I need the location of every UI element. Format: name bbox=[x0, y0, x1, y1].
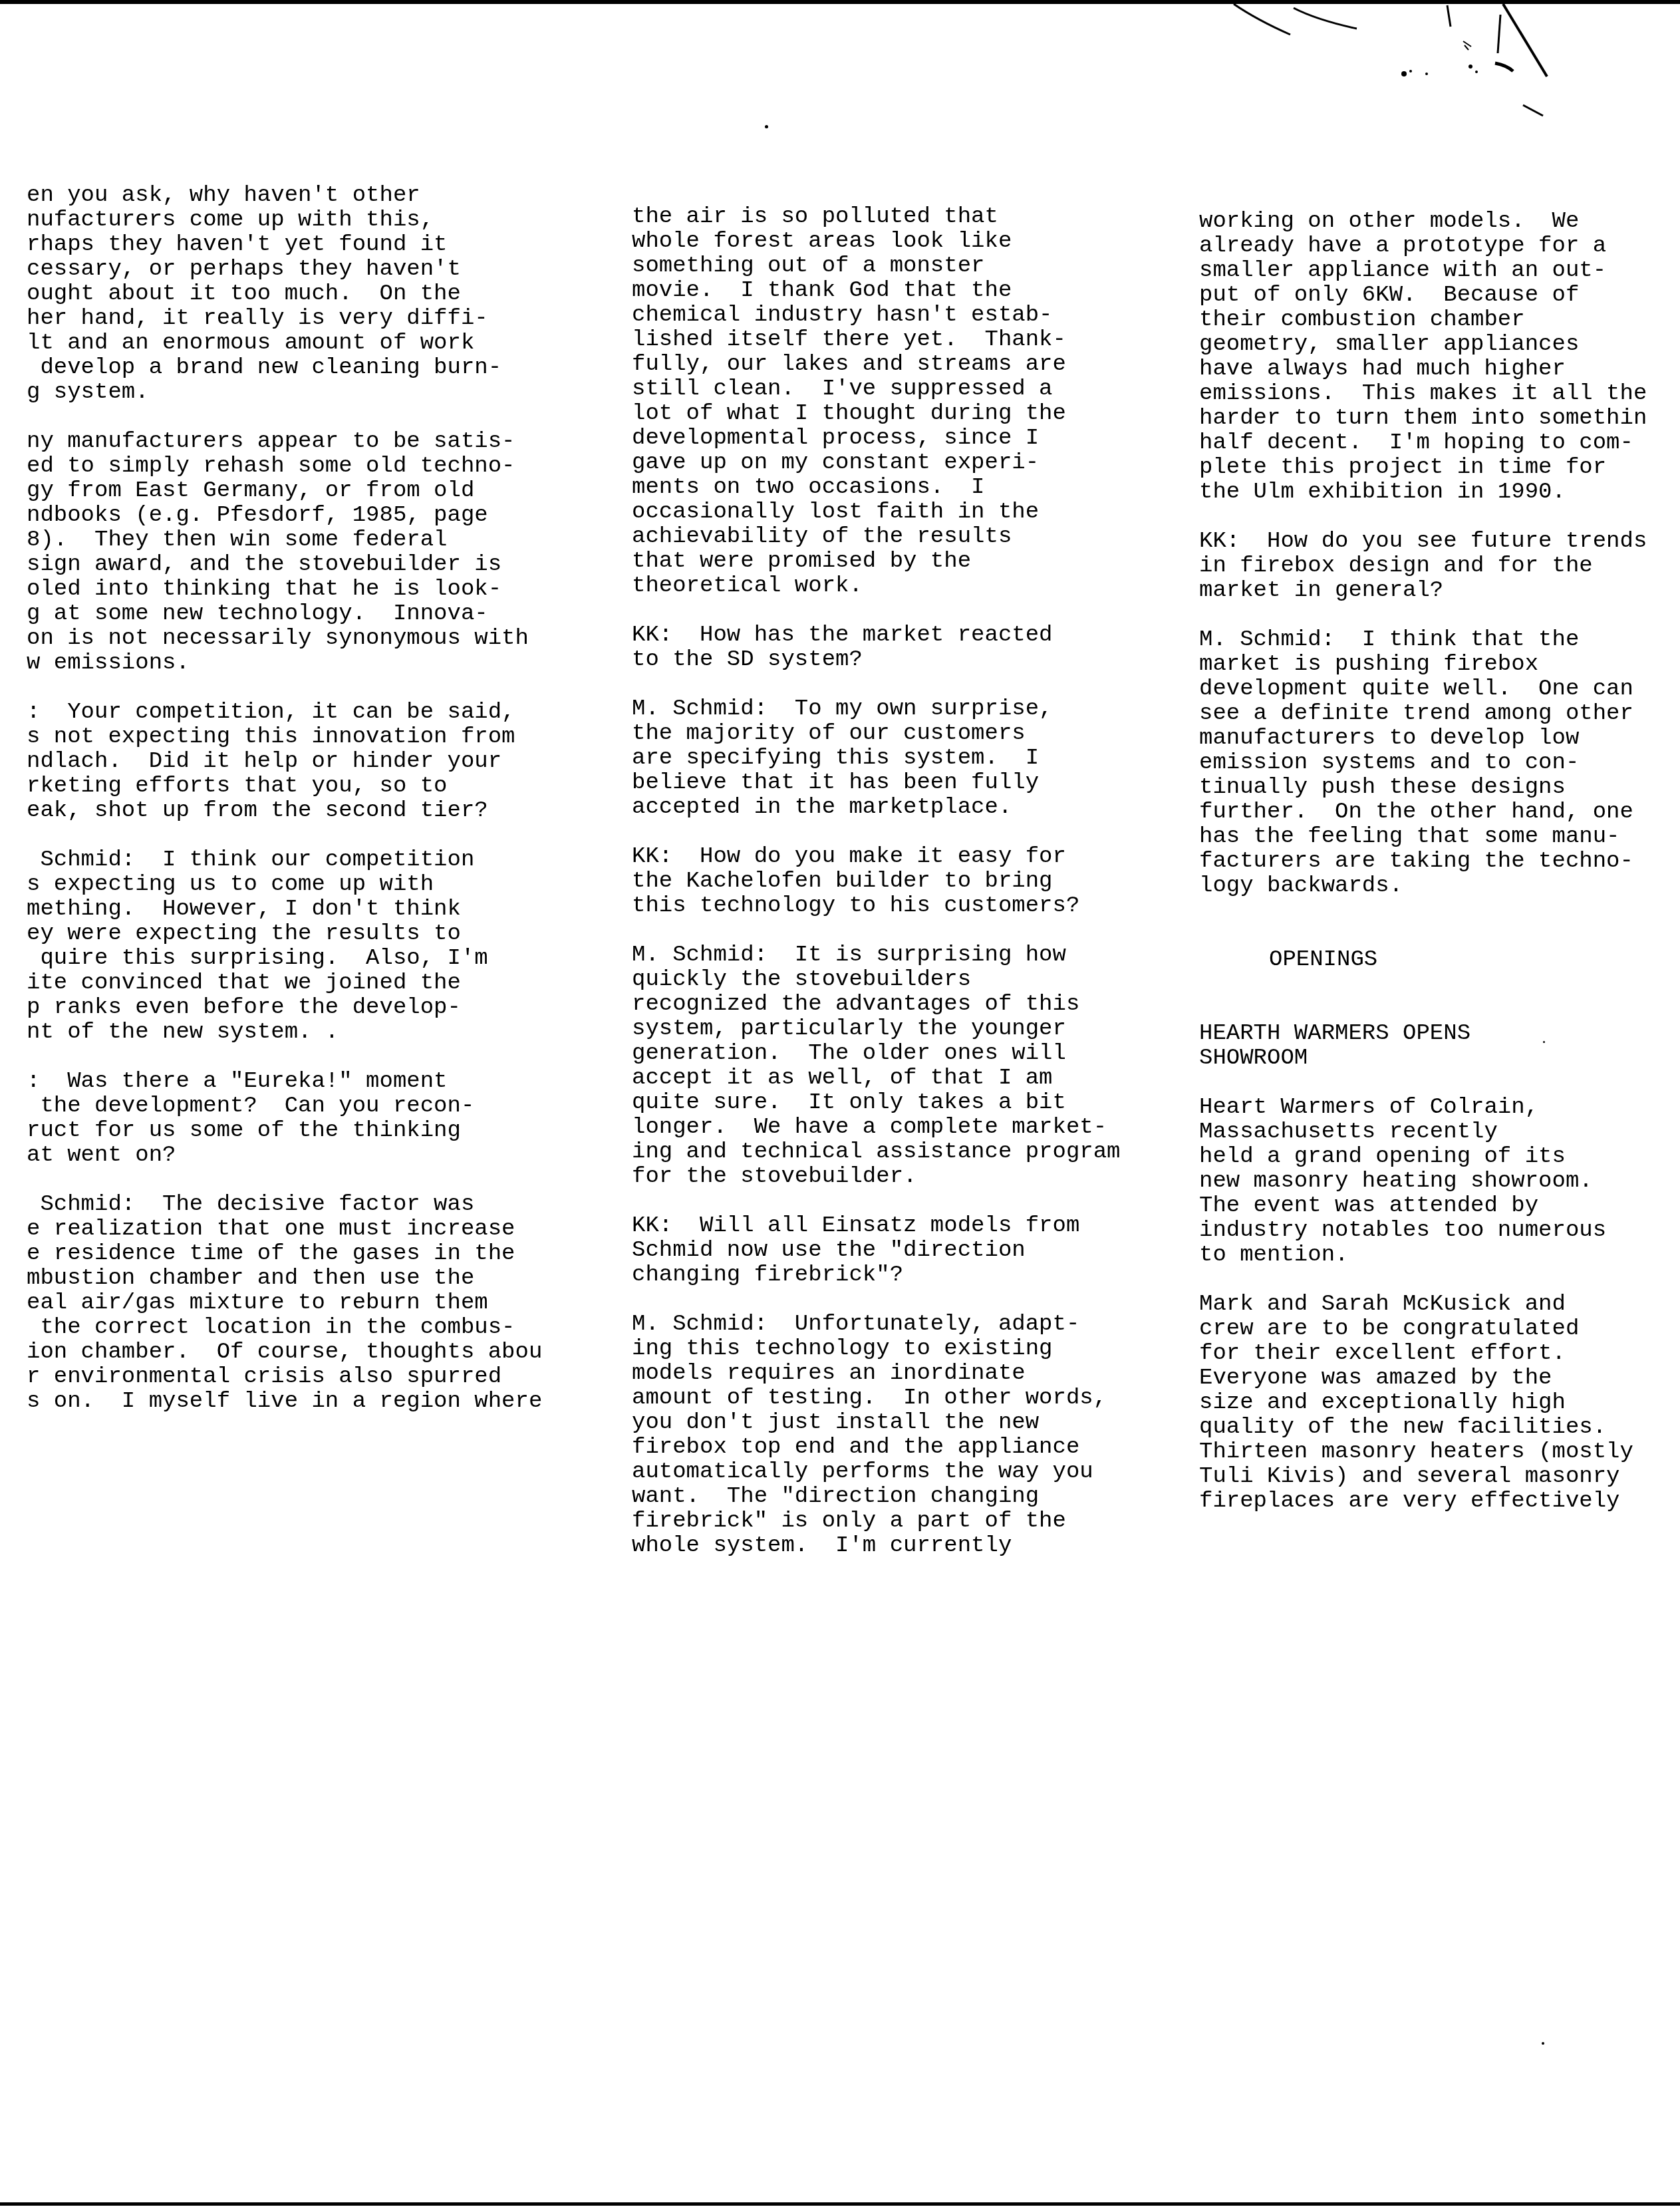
text-line: for their excellent effort. bbox=[1199, 1342, 1680, 1366]
text-line: already have a prototype for a bbox=[1199, 234, 1680, 259]
text-line: ruct for us some of the thinking bbox=[27, 1119, 612, 1143]
text-line: : Your competition, it can be said, bbox=[27, 700, 612, 725]
text-line: to the SD system? bbox=[632, 648, 1177, 672]
text-line: market in general? bbox=[1199, 579, 1680, 603]
text-line: : Was there a "Eureka!" moment bbox=[27, 1070, 612, 1094]
text-line: cessary, or perhaps they haven't bbox=[27, 257, 612, 282]
text-line: the Kachelofen builder to bring bbox=[632, 869, 1177, 894]
text-line: harder to turn them into somethin bbox=[1199, 406, 1680, 431]
text-line: ite convinced that we joined the bbox=[27, 971, 612, 996]
text-line: ought about it too much. On the bbox=[27, 282, 612, 307]
text-line: want. The "direction changing bbox=[632, 1485, 1177, 1509]
text-line: oled into thinking that he is look- bbox=[27, 577, 612, 602]
headline-line: HEARTH WARMERS OPENS bbox=[1199, 1022, 1680, 1046]
answer-paragraph: M. Schmid: I think that themarket is pus… bbox=[1199, 628, 1680, 899]
text-line: firebox top end and the appliance bbox=[632, 1435, 1177, 1460]
text-line: manufacturers to develop low bbox=[1199, 726, 1680, 751]
text-line: Schmid: The decisive factor was bbox=[27, 1193, 612, 1217]
text-line: quire this surprising. Also, I'm bbox=[27, 947, 612, 971]
text-line: g at some new technology. Innova- bbox=[27, 602, 612, 627]
text-line: gy from East Germany, or from old bbox=[27, 479, 612, 504]
scan-artifact-marks bbox=[1197, 0, 1680, 133]
text-line: this technology to his customers? bbox=[632, 894, 1177, 919]
text-line: Schmid now use the "direction bbox=[632, 1239, 1177, 1263]
text-line: plete this project in time for bbox=[1199, 456, 1680, 480]
text-line: crew are to be congratulated bbox=[1199, 1317, 1680, 1342]
answer-paragraph: working on other models. Wealready have … bbox=[1199, 210, 1680, 505]
text-line: ndbooks (e.g. Pfesdorf, 1985, page bbox=[27, 504, 612, 528]
text-line: her hand, it really is very diffi- bbox=[27, 307, 612, 331]
text-line: 8). They then win some federal bbox=[27, 528, 612, 553]
question-paragraph: KK: Will all Einsatz models fromSchmid n… bbox=[632, 1214, 1177, 1288]
answer-paragraph: Schmid: I think our competitions expecti… bbox=[27, 848, 612, 1045]
text-line: ments on two occasions. I bbox=[632, 476, 1177, 500]
column-left: en you ask, why haven't othernufacturers… bbox=[27, 184, 612, 1439]
text-line: firebrick" is only a part of the bbox=[632, 1509, 1177, 1534]
text-line: chemical industry hasn't estab- bbox=[632, 303, 1177, 328]
text-line: whole forest areas look like bbox=[632, 229, 1177, 254]
text-line: has the feeling that some manu- bbox=[1199, 825, 1680, 849]
text-line: Heart Warmers of Colrain, bbox=[1199, 1096, 1680, 1120]
answer-paragraph: en you ask, why haven't othernufacturers… bbox=[27, 184, 612, 405]
text-line: that were promised by the bbox=[632, 549, 1177, 574]
text-line: p ranks even before the develop- bbox=[27, 996, 612, 1020]
text-line: whole system. I'm currently bbox=[632, 1534, 1177, 1558]
text-line: nufacturers come up with this, bbox=[27, 208, 612, 233]
text-line: accept it as well, of that I am bbox=[632, 1066, 1177, 1091]
text-line: ed to simply rehash some old techno- bbox=[27, 454, 612, 479]
text-line: something out of a monster bbox=[632, 254, 1177, 279]
text-line: quite sure. It only takes a bit bbox=[632, 1091, 1177, 1115]
text-line: The event was attended by bbox=[1199, 1194, 1680, 1219]
text-line: rhaps they haven't yet found it bbox=[27, 233, 612, 257]
text-line: ing this technology to existing bbox=[632, 1337, 1177, 1362]
text-line: their combustion chamber bbox=[1199, 308, 1680, 333]
text-line: rketing efforts that you, so to bbox=[27, 774, 612, 799]
text-line: logy backwards. bbox=[1199, 874, 1680, 899]
text-line: the development? Can you recon- bbox=[27, 1094, 612, 1119]
text-line: fully, our lakes and streams are bbox=[632, 353, 1177, 377]
question-paragraph: KK: How do you make it easy forthe Kache… bbox=[632, 845, 1177, 919]
text-line: amount of testing. In other words, bbox=[632, 1386, 1177, 1411]
text-line: ing and technical assistance program bbox=[632, 1140, 1177, 1165]
text-line: working on other models. We bbox=[1199, 210, 1680, 234]
text-line: Schmid: I think our competition bbox=[27, 848, 612, 873]
answer-paragraph: M. Schmid: It is surprising howquickly t… bbox=[632, 943, 1177, 1189]
text-line: g system. bbox=[27, 380, 612, 405]
text-line: the majority of our customers bbox=[632, 722, 1177, 746]
answer-paragraph: M. Schmid: To my own surprise,the majori… bbox=[632, 697, 1177, 820]
text-line: smaller appliance with an out- bbox=[1199, 259, 1680, 283]
text-line: new masonry heating showroom. bbox=[1199, 1169, 1680, 1194]
text-line: ny manufacturers appear to be satis- bbox=[27, 430, 612, 454]
text-line: generation. The older ones will bbox=[632, 1042, 1177, 1066]
text-line: ndlach. Did it help or hinder your bbox=[27, 750, 612, 774]
answer-paragraph: ny manufacturers appear to be satis-ed t… bbox=[27, 430, 612, 676]
text-line: ion chamber. Of course, thoughts abou bbox=[27, 1340, 612, 1365]
text-line: en you ask, why haven't other bbox=[27, 184, 612, 208]
text-line: occasionally lost faith in the bbox=[632, 500, 1177, 525]
page-bottom-edge-rule bbox=[0, 2202, 1680, 2206]
column-right: working on other models. Wealready have … bbox=[1199, 210, 1680, 1539]
text-line: the correct location in the combus- bbox=[27, 1316, 612, 1340]
text-line: mething. However, I don't think bbox=[27, 897, 612, 922]
text-line: changing firebrick"? bbox=[632, 1263, 1177, 1288]
text-line: Everyone was amazed by the bbox=[1199, 1366, 1680, 1391]
text-line: w emissions. bbox=[27, 651, 612, 676]
text-line: lot of what I thought during the bbox=[632, 402, 1177, 426]
text-line: market is pushing firebox bbox=[1199, 653, 1680, 677]
text-line: models requires an inordinate bbox=[632, 1362, 1177, 1386]
text-line: achievability of the results bbox=[632, 525, 1177, 549]
text-line: recognized the advantages of this bbox=[632, 992, 1177, 1017]
text-line: KK: Will all Einsatz models from bbox=[632, 1214, 1177, 1239]
section-heading-text: OPENINGS bbox=[1269, 948, 1680, 972]
text-line: M. Schmid: I think that the bbox=[1199, 628, 1680, 653]
text-line: the Ulm exhibition in 1990. bbox=[1199, 480, 1680, 505]
headline-line: SHOWROOM bbox=[1199, 1046, 1680, 1071]
question-paragraph: : Your competition, it can be said,s not… bbox=[27, 700, 612, 823]
text-line: on is not necessarily synonymous with bbox=[27, 627, 612, 651]
text-line: s not expecting this innovation from bbox=[27, 725, 612, 750]
text-line: geometry, smaller appliances bbox=[1199, 333, 1680, 357]
text-line: eak, shot up from the second tier? bbox=[27, 799, 612, 823]
text-line: Massachusetts recently bbox=[1199, 1120, 1680, 1145]
text-line: nt of the new system. . bbox=[27, 1020, 612, 1045]
text-line: development quite well. One can bbox=[1199, 677, 1680, 702]
text-line: industry notables too numerous bbox=[1199, 1219, 1680, 1243]
text-line: have always had much higher bbox=[1199, 357, 1680, 382]
question-paragraph: : Was there a "Eureka!" moment the devel… bbox=[27, 1070, 612, 1168]
text-line: develop a brand new cleaning burn- bbox=[27, 356, 612, 380]
text-line: KK: How has the market reacted bbox=[632, 623, 1177, 648]
text-line: Thirteen masonry heaters (mostly bbox=[1199, 1440, 1680, 1465]
text-line: M. Schmid: It is surprising how bbox=[632, 943, 1177, 968]
text-line: s on. I myself live in a region where bbox=[27, 1390, 612, 1414]
answer-paragraph: Schmid: The decisive factor wase realiza… bbox=[27, 1193, 612, 1414]
article-headline: HEARTH WARMERS OPENS SHOWROOM bbox=[1199, 1022, 1680, 1071]
text-line: KK: How do you see future trends bbox=[1199, 529, 1680, 554]
text-line: are specifying this system. I bbox=[632, 746, 1177, 771]
text-line: tinually push these designs bbox=[1199, 776, 1680, 800]
text-line: emissions. This makes it all the bbox=[1199, 382, 1680, 406]
text-line: at went on? bbox=[27, 1143, 612, 1168]
text-line: you don't just install the new bbox=[632, 1411, 1177, 1435]
question-paragraph: KK: How has the market reactedto the SD … bbox=[632, 623, 1177, 672]
text-line: further. On the other hand, one bbox=[1199, 800, 1680, 825]
answer-paragraph: M. Schmid: Unfortunately, adapt-ing this… bbox=[632, 1312, 1177, 1558]
text-line: longer. We have a complete market- bbox=[632, 1115, 1177, 1140]
text-line: automatically performs the way you bbox=[632, 1460, 1177, 1485]
scan-speck bbox=[1542, 2042, 1544, 2045]
scan-speck bbox=[765, 125, 768, 128]
text-line: Mark and Sarah McKusick and bbox=[1199, 1292, 1680, 1317]
text-line: facturers are taking the techno- bbox=[1199, 849, 1680, 874]
text-line: r environmental crisis also spurred bbox=[27, 1365, 612, 1390]
text-line: believe that it has been fully bbox=[632, 771, 1177, 796]
text-line: M. Schmid: To my own surprise, bbox=[632, 697, 1177, 722]
text-line: system, particularly the younger bbox=[632, 1017, 1177, 1042]
text-line: fireplaces are very effectively bbox=[1199, 1489, 1680, 1514]
section-heading-openings: OPENINGS bbox=[1199, 948, 1680, 972]
text-line: Tuli Kivis) and several masonry bbox=[1199, 1465, 1680, 1489]
text-line: size and exceptionally high bbox=[1199, 1391, 1680, 1415]
text-line: held a grand opening of its bbox=[1199, 1145, 1680, 1169]
text-line: accepted in the marketplace. bbox=[632, 796, 1177, 820]
text-line: eal air/gas mixture to reburn them bbox=[27, 1291, 612, 1316]
text-line: put of only 6KW. Because of bbox=[1199, 283, 1680, 308]
text-line: emission systems and to con- bbox=[1199, 751, 1680, 776]
text-line: in firebox design and for the bbox=[1199, 554, 1680, 579]
text-line: movie. I thank God that the bbox=[632, 279, 1177, 303]
text-line: the air is so polluted that bbox=[632, 205, 1177, 229]
article-paragraph: Mark and Sarah McKusick andcrew are to b… bbox=[1199, 1292, 1680, 1514]
text-line: e realization that one must increase bbox=[27, 1217, 612, 1242]
text-line: still clean. I've suppressed a bbox=[632, 377, 1177, 402]
text-line: see a definite trend among other bbox=[1199, 702, 1680, 726]
text-line: gave up on my constant experi- bbox=[632, 451, 1177, 476]
question-paragraph: KK: How do you see future trendsin fireb… bbox=[1199, 529, 1680, 603]
text-line: s expecting us to come up with bbox=[27, 873, 612, 897]
text-line: quickly the stovebuilders bbox=[632, 968, 1177, 992]
article-paragraph: Heart Warmers of Colrain,Massachusetts r… bbox=[1199, 1096, 1680, 1268]
answer-paragraph: the air is so polluted thatwhole forest … bbox=[632, 205, 1177, 599]
column-middle: the air is so polluted thatwhole forest … bbox=[632, 205, 1177, 1583]
text-line: to mention. bbox=[1199, 1243, 1680, 1268]
text-line: half decent. I'm hoping to com- bbox=[1199, 431, 1680, 456]
text-line: lished itself there yet. Thank- bbox=[632, 328, 1177, 353]
text-line: quality of the new facilities. bbox=[1199, 1415, 1680, 1440]
text-line: KK: How do you make it easy for bbox=[632, 845, 1177, 869]
text-line: sign award, and the stovebuilder is bbox=[27, 553, 612, 577]
text-line: lt and an enormous amount of work bbox=[27, 331, 612, 356]
text-line: e residence time of the gases in the bbox=[27, 1242, 612, 1266]
text-line: theoretical work. bbox=[632, 574, 1177, 599]
text-line: mbustion chamber and then use the bbox=[27, 1266, 612, 1291]
text-line: developmental process, since I bbox=[632, 426, 1177, 451]
text-line: for the stovebuilder. bbox=[632, 1165, 1177, 1189]
text-line: M. Schmid: Unfortunately, adapt- bbox=[632, 1312, 1177, 1337]
text-line: ey were expecting the results to bbox=[27, 922, 612, 947]
